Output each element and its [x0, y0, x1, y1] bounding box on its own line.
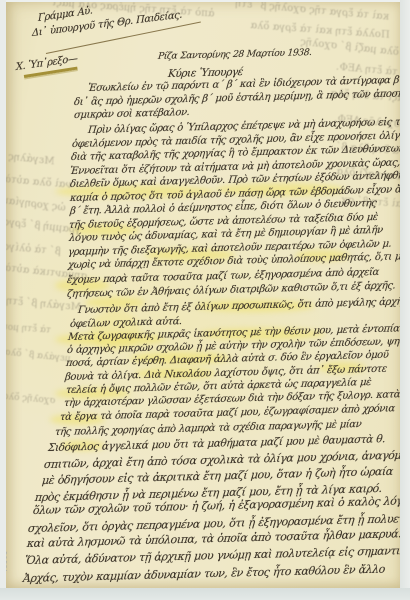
letter-paper	[6, 2, 400, 588]
scan-edge-bottom	[0, 588, 410, 600]
scan-edge-top	[0, 0, 410, 2]
scan-edge-left	[0, 0, 6, 600]
scanned-letter-page: ἀπὸ τὰ ἔτη τῆς ἡμέρας ὅλα μαζὶκαὶ τὰ ἔργ…	[0, 0, 410, 600]
scan-edge-right	[400, 0, 410, 600]
